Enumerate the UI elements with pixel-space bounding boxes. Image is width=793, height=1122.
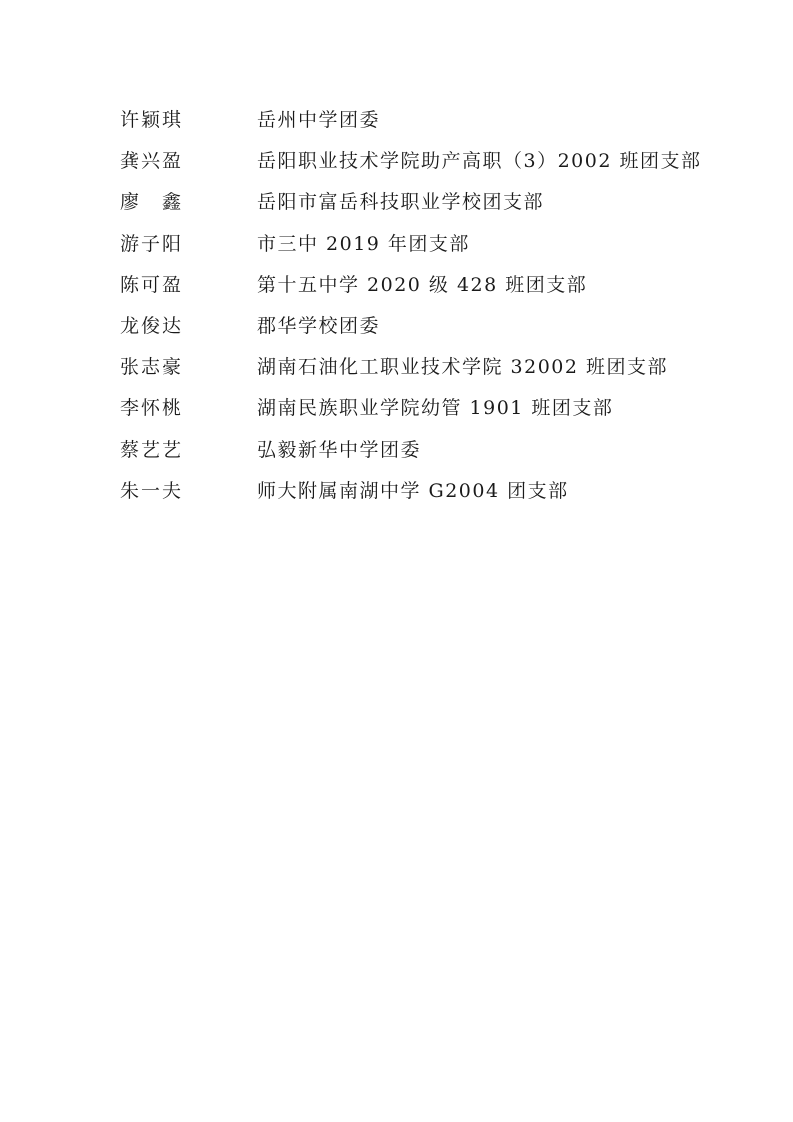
organization-name: 岳州中学团委 [257, 105, 380, 135]
honor-list: 许颖琪 岳州中学团委 龚兴盈 岳阳职业技术学院助产高职（3）2002 班团支部 … [120, 105, 740, 517]
organization-name: 湖南民族职业学院幼管 1901 班团支部 [257, 393, 613, 423]
person-name: 龙俊达 [120, 311, 183, 341]
list-item: 许颖琪 岳州中学团委 [120, 105, 740, 146]
list-item: 廖 鑫 岳阳市富岳科技职业学校团支部 [120, 187, 740, 228]
person-name: 张志豪 [120, 352, 183, 382]
person-name: 许颖琪 [120, 105, 183, 135]
list-item: 龚兴盈 岳阳职业技术学院助产高职（3）2002 班团支部 [120, 146, 740, 187]
list-item: 蔡艺艺 弘毅新华中学团委 [120, 435, 740, 476]
person-name: 蔡艺艺 [120, 435, 183, 465]
organization-name: 弘毅新华中学团委 [257, 435, 421, 465]
organization-name: 岳阳职业技术学院助产高职（3）2002 班团支部 [257, 146, 701, 176]
document-page: 许颖琪 岳州中学团委 龚兴盈 岳阳职业技术学院助产高职（3）2002 班团支部 … [0, 0, 793, 1122]
list-item: 张志豪 湖南石油化工职业技术学院 32002 班团支部 [120, 352, 740, 393]
list-item: 游子阳 市三中 2019 年团支部 [120, 229, 740, 270]
person-name: 游子阳 [120, 229, 183, 259]
organization-name: 第十五中学 2020 级 428 班团支部 [257, 270, 587, 300]
person-name: 龚兴盈 [120, 146, 183, 176]
person-name: 李怀桃 [120, 393, 183, 423]
organization-name: 郡华学校团委 [257, 311, 380, 341]
list-item: 李怀桃 湖南民族职业学院幼管 1901 班团支部 [120, 393, 740, 434]
organization-name: 岳阳市富岳科技职业学校团支部 [257, 187, 544, 217]
person-name: 陈可盈 [120, 270, 183, 300]
list-item: 龙俊达 郡华学校团委 [120, 311, 740, 352]
organization-name: 湖南石油化工职业技术学院 32002 班团支部 [257, 352, 668, 382]
person-name: 朱一夫 [120, 476, 183, 506]
list-item: 陈可盈 第十五中学 2020 级 428 班团支部 [120, 270, 740, 311]
organization-name: 师大附属南湖中学 G2004 团支部 [257, 476, 569, 506]
list-item: 朱一夫 师大附属南湖中学 G2004 团支部 [120, 476, 740, 517]
organization-name: 市三中 2019 年团支部 [257, 229, 470, 259]
person-name: 廖 鑫 [120, 187, 183, 217]
